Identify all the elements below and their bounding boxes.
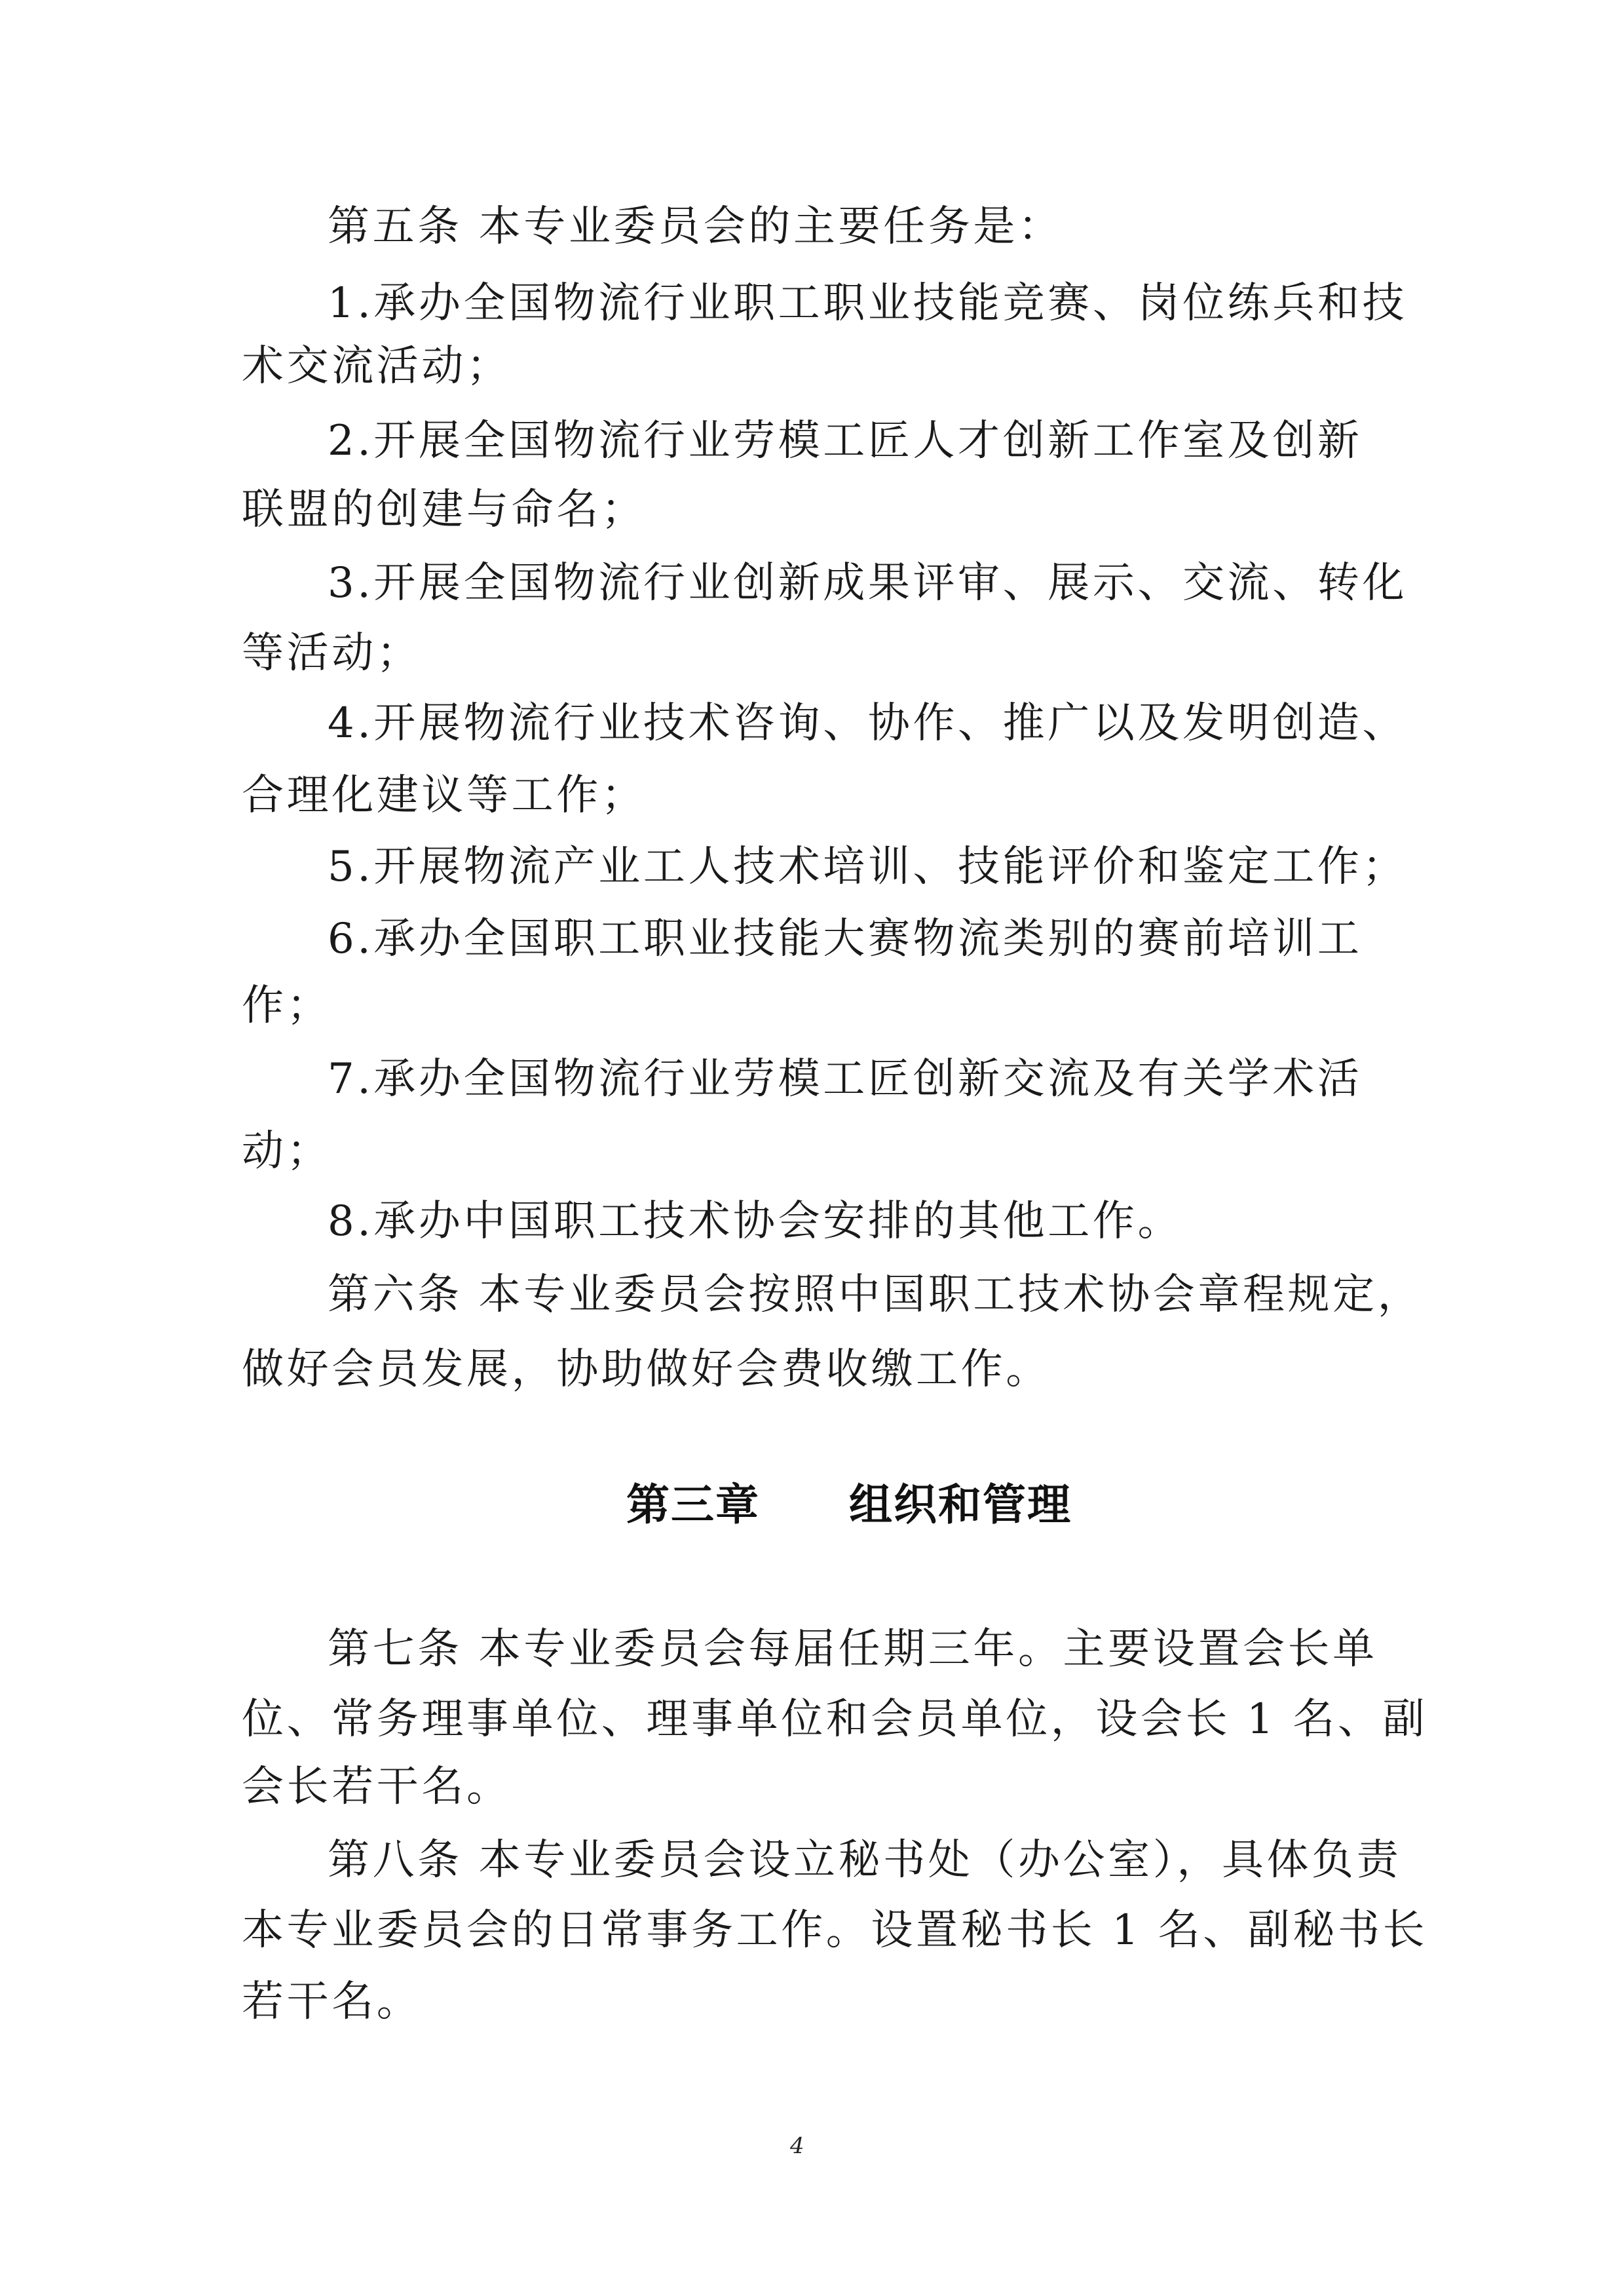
article-5-item-2-line-2: 联盟的创建与命名； [242, 484, 646, 536]
article-5-item-3-line-2: 等活动； [242, 627, 421, 679]
article-5-item-1-line-1: 1.承办全国物流行业职工职业技能竞赛、岗位练兵和技 [328, 277, 1407, 330]
article-5-item-7-line-2: 动； [242, 1125, 331, 1177]
article-6-line-2: 做好会员发展，协助做好会费收缴工作。 [242, 1343, 1051, 1396]
article-7-line-2: 位、常务理事单位、理事单位和会员单位，设会长 1 名、副 [242, 1693, 1427, 1746]
article-8-line-3: 若干名。 [242, 1976, 421, 2028]
chapter-heading: 第三章 组织和管理 [626, 1476, 1072, 1535]
article-5-item-7-line-1: 7.承办全国物流行业劳模工匠创新交流及有关学术活 [328, 1053, 1362, 1105]
article-5-item-4-line-2: 合理化建议等工作； [242, 769, 646, 822]
article-5-item-6-line-2: 作； [242, 980, 331, 1032]
article-5-item-5-line-1: 5.开展物流产业工人技术培训、技能评价和鉴定工作； [328, 841, 1407, 893]
article-8-line-1: 第八条 本专业委员会设立秘书处（办公室），具体负责 [328, 1834, 1401, 1886]
article-7-line-1: 第七条 本专业委员会每届任期三年。主要设置会长单 [328, 1623, 1378, 1675]
article-5-item-4-line-1: 4.开展物流行业技术咨询、协作、推广以及发明创造、 [328, 697, 1407, 750]
article-8-line-2: 本专业委员会的日常事务工作。设置秘书长 1 名、副秘书长 [242, 1904, 1427, 1957]
page-number: 4 [790, 2135, 804, 2157]
article-6-line-1: 第六条 本专业委员会按照中国职工技术协会章程规定， [328, 1269, 1422, 1321]
article-5-item-3-line-1: 3.开展全国物流行业创新成果评审、展示、交流、转化 [328, 557, 1407, 609]
article-5-item-2-line-1: 2.开展全国物流行业劳模工匠人才创新工作室及创新 [328, 415, 1362, 467]
article-5-title: 第五条 本专业委员会的主要任务是： [328, 201, 1063, 253]
article-5-item-6-line-1: 6.承办全国职工职业技能大赛物流类别的赛前培训工 [328, 913, 1362, 965]
article-5-item-8-line-1: 8.承办中国职工技术协会安排的其他工作。 [328, 1195, 1182, 1248]
document-page: 第五条 本专业委员会的主要任务是： 1.承办全国物流行业职工职业技能竞赛、岗位练… [0, 0, 1624, 2296]
article-5-item-1-line-2: 术交流活动； [242, 340, 512, 392]
article-7-line-3: 会长若干名。 [242, 1761, 512, 1813]
